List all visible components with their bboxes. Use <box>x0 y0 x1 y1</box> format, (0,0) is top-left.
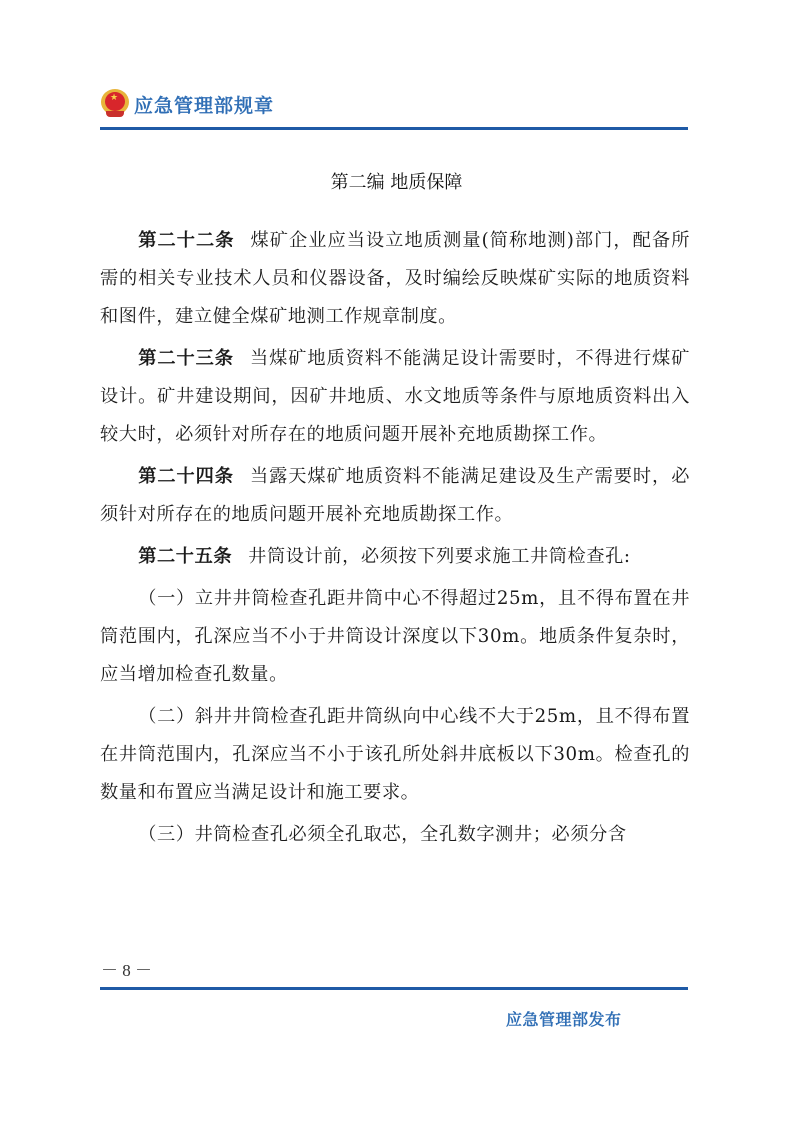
article-label: 第二十三条 <box>138 348 234 369</box>
article-label: 第二十二条 <box>138 230 234 251</box>
clause-2: （二）斜井井筒检查孔距井筒纵向中心线不大于25m，且不得布置在井筒范围内，孔深应… <box>100 698 690 812</box>
article-label: 第二十四条 <box>138 466 234 487</box>
article-25: 第二十五条井筒设计前，必须按下列要求施工井筒检查孔: <box>100 538 690 576</box>
page-header: ★ 应急管理部规章 <box>100 84 274 124</box>
article-23: 第二十三条当煤矿地质资料不能满足设计需要时，不得进行煤矿设计。矿井建设期间，因矿… <box>100 340 690 454</box>
clause-1: （一）立井井筒检查孔距井筒中心不得超过25m，且不得布置在井筒范围内，孔深应当不… <box>100 580 690 694</box>
article-text: 井筒设计前，必须按下列要求施工井筒检查孔: <box>248 546 630 567</box>
article-24: 第二十四条当露天煤矿地质资料不能满足建设及生产需要时，必须针对所存在的地质问题开… <box>100 458 690 534</box>
page-number: － 8 － <box>101 956 152 981</box>
section-title: 第二编 地质保障 <box>0 168 793 194</box>
footer-publisher: 应急管理部发布 <box>506 1007 622 1030</box>
header-title: 应急管理部规章 <box>134 91 274 118</box>
national-emblem-icon: ★ <box>100 89 130 119</box>
footer-divider <box>100 987 688 990</box>
article-22: 第二十二条煤矿企业应当设立地质测量(简称地测)部门，配备所需的相关专业技术人员和… <box>100 222 690 336</box>
document-body: 第二十二条煤矿企业应当设立地质测量(简称地测)部门，配备所需的相关专业技术人员和… <box>100 222 690 858</box>
clause-3: （三）井筒检查孔必须全孔取芯，全孔数字测井；必须分含 <box>100 816 690 854</box>
header-divider <box>100 127 688 130</box>
article-label: 第二十五条 <box>138 546 232 567</box>
